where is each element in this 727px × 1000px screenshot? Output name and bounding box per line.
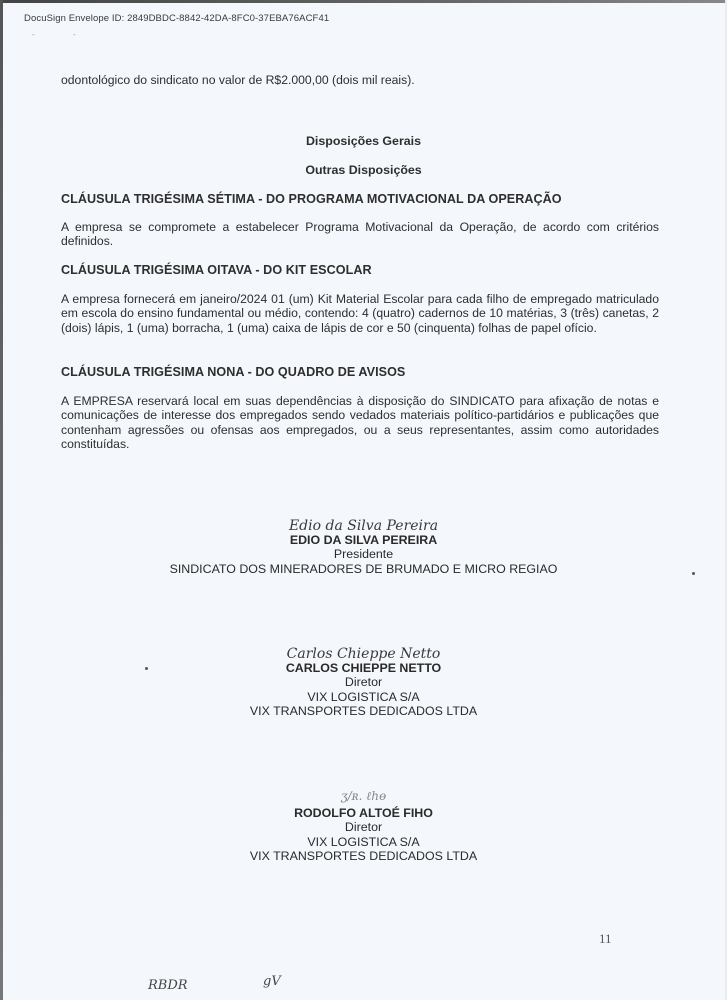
scan-speck [692, 572, 695, 575]
signer-org: VIX TRANSPORTES DEDICADOS LTDA [0, 704, 727, 719]
scan-border-top [0, 0, 727, 3]
handwritten-signature: Carlos Chieppe Netto [0, 647, 727, 661]
signer-org: VIX LOGISTICA S/A [0, 690, 727, 705]
signer-name: CARLOS CHIEPPE NETTO [0, 661, 727, 675]
signature-block-rodolfo: ʒ/ʀ. ℓhɵ RODOLFO ALTOÉ FIHO Diretor VIX … [0, 789, 727, 864]
clause-37-title: CLÁUSULA TRIGÉSIMA SÉTIMA - DO PROGRAMA … [61, 192, 562, 206]
signer-org: SINDICATO DOS MINERADORES DE BRUMADO E M… [0, 562, 727, 577]
scan-speck: - [73, 30, 76, 39]
rubric-initials: RBDR [148, 978, 188, 993]
signer-role: Presidente [0, 547, 727, 562]
docusign-envelope-id: DocuSign Envelope ID: 2849DBDC-8842-42DA… [24, 13, 329, 24]
signer-org: VIX TRANSPORTES DEDICADOS LTDA [0, 849, 727, 864]
signer-name: EDIO DA SILVA PEREIRA [0, 533, 727, 547]
clause-37-body: A empresa se compromete a estabelecer Pr… [61, 220, 659, 249]
rubric-initials: gV [263, 974, 281, 989]
signer-name: RODOLFO ALTOÉ FIHO [0, 806, 727, 820]
signer-role: Diretor [0, 675, 727, 690]
handwritten-signature: Edio da Silva Pereira [0, 519, 727, 533]
handwritten-signature: ʒ/ʀ. ℓhɵ [0, 789, 727, 803]
clause-39-title: CLÁUSULA TRIGÉSIMA NONA - DO QUADRO DE A… [61, 365, 405, 379]
signature-block-carlos: Carlos Chieppe Netto CARLOS CHIEPPE NETT… [0, 647, 727, 719]
section-heading: Disposições Gerais [0, 134, 727, 148]
clause-39-body: A EMPRESA reservará local em suas depend… [61, 394, 659, 451]
signer-org: VIX LOGISTICA S/A [0, 835, 727, 850]
signature-block-edio: Edio da Silva Pereira EDIO DA SILVA PERE… [0, 519, 727, 576]
signer-role: Diretor [0, 820, 727, 835]
page-number: 11 [599, 931, 612, 947]
intro-line: odontológico do sindicato no valor de R$… [61, 73, 659, 87]
clause-38-title: CLÁUSULA TRIGÉSIMA OITAVA - DO KIT ESCOL… [61, 263, 372, 277]
scan-speck: - [32, 30, 35, 39]
scan-speck [145, 667, 148, 670]
subsection-heading: Outras Disposições [0, 163, 727, 177]
clause-38-body: A empresa fornecerá em janeiro/2024 01 (… [61, 292, 659, 335]
